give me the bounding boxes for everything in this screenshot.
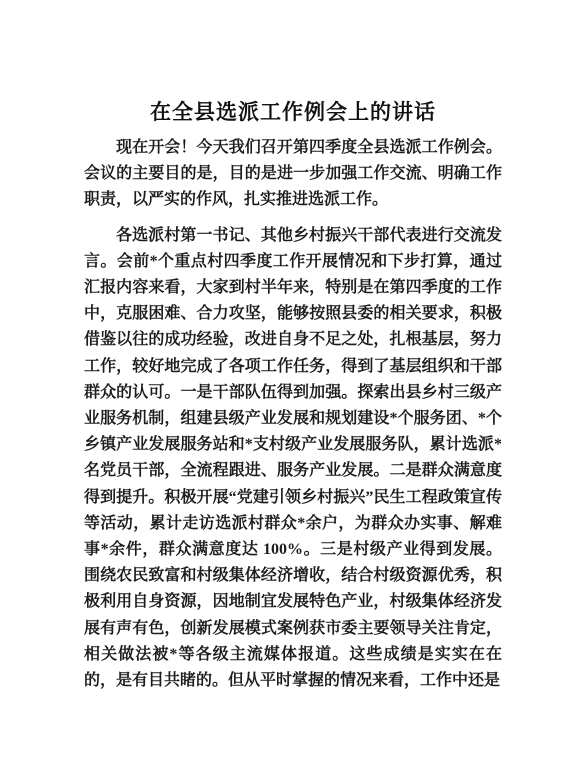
document-title: 在全县选派工作例会上的讲话 (84, 98, 502, 128)
document-body: 现在开会！今天我们召开第四季度全县选派工作例会。会议的主要目的是，目的是进一步加… (84, 135, 502, 694)
paragraph: 现在开会！今天我们召开第四季度全县选派工作例会。会议的主要目的是，目的是进一步加… (84, 135, 502, 214)
paragraph: 各选派村第一书记、其他乡村振兴干部代表进行交流发言。会前*个重点村四季度工作开展… (84, 223, 502, 695)
document-page: 在全县选派工作例会上的讲话 现在开会！今天我们召开第四季度全县选派工作例会。会议… (0, 0, 586, 759)
